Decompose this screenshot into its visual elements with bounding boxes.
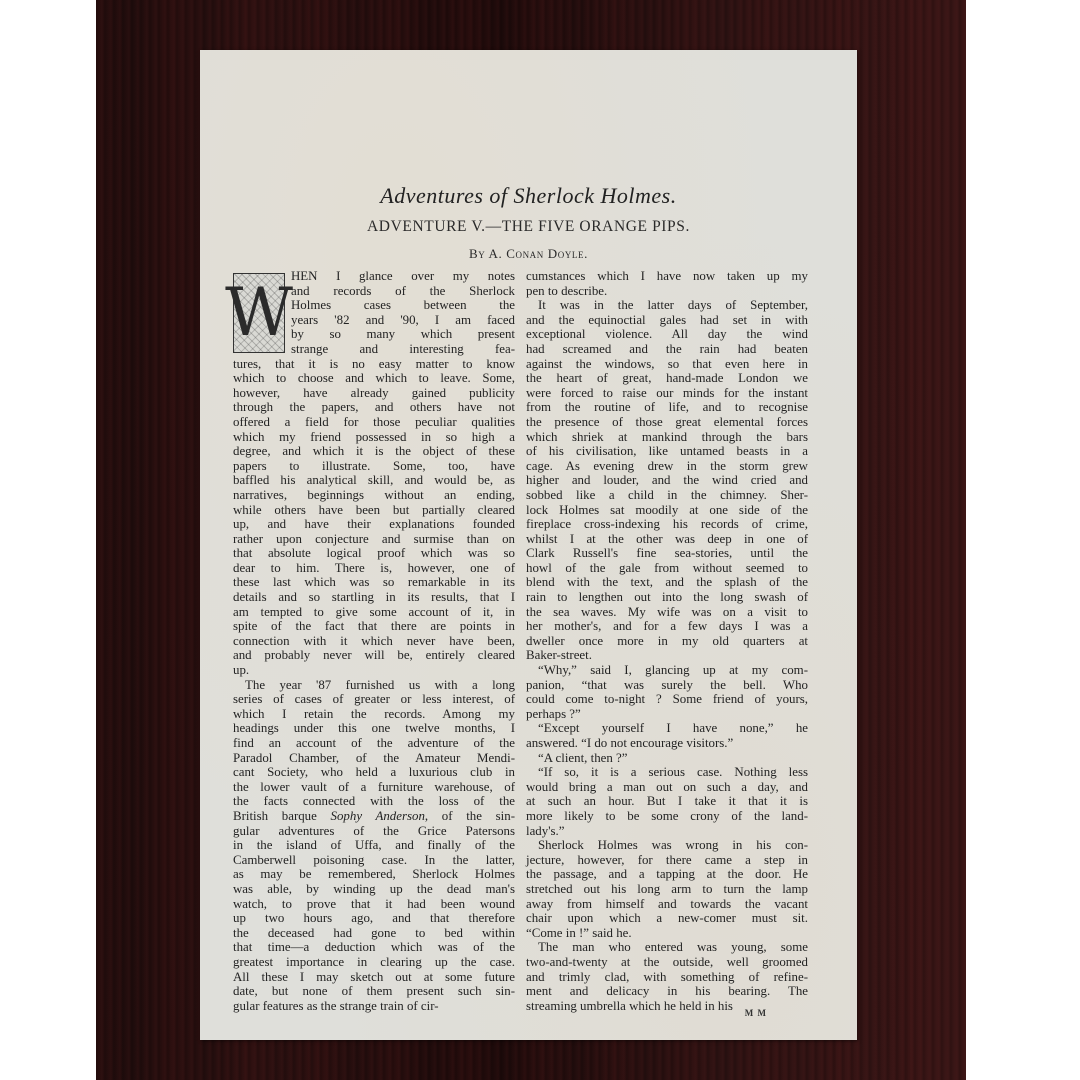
text-line: the lower vault of a furniture warehouse… — [233, 780, 515, 795]
text-line: and trimly clad, with something of refin… — [526, 970, 808, 985]
text-line: fireplace cross-indexing his records of … — [526, 517, 808, 532]
text-line: that time—a deduction which was of the — [233, 940, 515, 955]
text-line: All these I may sketch out at some futur… — [233, 970, 515, 985]
text-line: “Except yourself I have none,” he — [526, 721, 808, 736]
text-line: cage. As evening drew in the storm grew — [526, 459, 808, 474]
text-line: exceptional violence. All day the wind — [526, 327, 808, 342]
text-line: the passage, and a tapping at the door. … — [526, 867, 808, 882]
text-line: “Why,” said I, glancing up at my com- — [526, 663, 808, 678]
text-line: blend with the text, and the splash of t… — [526, 575, 808, 590]
text-line: lock Holmes sat moodily at one side of t… — [526, 503, 808, 518]
text-line: chair upon which a new-comer must sit. — [526, 911, 808, 926]
text-line: while others have been but partially cle… — [233, 503, 515, 518]
text-line: her mother's, and for a few days I was a — [526, 619, 808, 634]
text-line: had screamed and the rain had beaten — [526, 342, 808, 357]
text-line: which I retain the records. Among my — [233, 707, 515, 722]
text-line: perhaps ?” — [526, 707, 808, 722]
text-line: narratives, beginnings without an ending… — [233, 488, 515, 503]
text-line: the sea waves. My wife was on a visit to — [526, 605, 808, 620]
text-line: of his civilisation, like untamed beasts… — [526, 444, 808, 459]
text-line: The year '87 furnished us with a long — [233, 678, 515, 693]
text-line: Clark Russell's fine sea-stories, until … — [526, 546, 808, 561]
text-line: were forced to raise our minds for the i… — [526, 386, 808, 401]
text-line: and probably never will be, entirely cle… — [233, 648, 515, 663]
text-line: “A client, then ?” — [526, 751, 808, 766]
text-line: panion, “that was surely the bell. Who — [526, 678, 808, 693]
text-line: degree, and which it is the object of th… — [233, 444, 515, 459]
text-line: jecture, however, for there came a step … — [526, 853, 808, 868]
text-line: at such an hour. But I take it that it i… — [526, 794, 808, 809]
text-line: two-and-twenty at the outside, well groo… — [526, 955, 808, 970]
text-line: cumstances which I have now taken up my — [526, 269, 808, 284]
text-line: that absolute logical proof which was so — [233, 546, 515, 561]
text-line: which shriek at mankind through the bars — [526, 430, 808, 445]
text-line: “If so, it is a serious case. Nothing le… — [526, 765, 808, 780]
text-line: cant Society, who held a luxurious club … — [233, 765, 515, 780]
text-line: details and so startling in its results,… — [233, 590, 515, 605]
text-line: Baker-street. — [526, 648, 808, 663]
text-line: in the island of Uffa, and finally of th… — [233, 838, 515, 853]
text-line: greatest importance in clearing up the c… — [233, 955, 515, 970]
text-line: from the routine of life, and to recogni… — [526, 400, 808, 415]
text-line: as may be remembered, Sherlock Holmes — [233, 867, 515, 882]
text-line: gular features as the strange train of c… — [233, 999, 515, 1014]
text-line: gular adventures of the Grice Patersons — [233, 824, 515, 839]
text-line: answered. “I do not encourage visitors.” — [526, 736, 808, 751]
text-line: date, but none of them present such sin- — [233, 984, 515, 999]
text-line: against the windows, so that even here i… — [526, 357, 808, 372]
text-line: The man who entered was young, some — [526, 940, 808, 955]
text-line: through the papers, and others have not — [233, 400, 515, 415]
text-line: dweller once more in my old quarters at — [526, 634, 808, 649]
text-line: rain to lengthen out into the long swash… — [526, 590, 808, 605]
text-line: would bring a man out on such a day, and — [526, 780, 808, 795]
text-line: which to choose and which to leave. Some… — [233, 371, 515, 386]
text-line: and the equinoctial gales had set in wit… — [526, 313, 808, 328]
text-line: ment and delicacy in his bearing. The — [526, 984, 808, 999]
text-line: was able, by winding up the dead man's — [233, 882, 515, 897]
text-line: more likely to be some crony of the land… — [526, 809, 808, 824]
ornamental-drop-cap: W — [233, 273, 285, 353]
text-line: papers to illustrate. Some, too, have — [233, 459, 515, 474]
text-line: offered a field for those peculiar quali… — [233, 415, 515, 430]
text-line: dear to him. There is, however, one of — [233, 561, 515, 576]
text-line: Camberwell poisoning case. In the latter… — [233, 853, 515, 868]
text-line: up, and have their explanations founded — [233, 517, 515, 532]
text-line: rather upon conjecture and surmise than … — [233, 532, 515, 547]
author-byline: By A. Conan Doyle. — [200, 246, 857, 262]
text-line: baffled his analytical skill, and would … — [233, 473, 515, 488]
text-line: up two hours ago, and that therefore — [233, 911, 515, 926]
text-line: whilst I at the other was deep in one of — [526, 532, 808, 547]
text-line: Sherlock Holmes was wrong in his con- — [526, 838, 808, 853]
printed-page: Adventures of Sherlock Holmes. ADVENTURE… — [200, 50, 857, 1040]
text-line: away from himself and towards the vacant — [526, 897, 808, 912]
text-line: the presence of those great elemental fo… — [526, 415, 808, 430]
right-text-column: cumstances which I have now taken up myp… — [526, 269, 808, 1013]
text-line: It was in the latter days of September, — [526, 298, 808, 313]
text-line: the deceased had gone to bed within — [233, 926, 515, 941]
text-line: British barque Sophy Anderson, of the si… — [233, 809, 515, 824]
text-line: up. — [233, 663, 515, 678]
text-line: lady's.” — [526, 824, 808, 839]
text-line: howl of the gale from without seemed to — [526, 561, 808, 576]
adventure-title: ADVENTURE V.—THE FIVE ORANGE PIPS. — [200, 218, 857, 236]
text-line: find an account of the adventure of the — [233, 736, 515, 751]
text-line: am tempted to give some account of it, i… — [233, 605, 515, 620]
text-line: headings under this one twelve months, I — [233, 721, 515, 736]
text-line: higher and louder, and the wind cried an… — [526, 473, 808, 488]
text-line: could come to-night ? Some friend of you… — [526, 692, 808, 707]
text-line: connection with it which never have been… — [233, 634, 515, 649]
text-line: sobbed like a child in the chimney. Sher… — [526, 488, 808, 503]
left-text-column: W HEN I glance over my notesand records … — [233, 269, 515, 1013]
text-line: spite of the fact that there are points … — [233, 619, 515, 634]
text-line: Paradol Chamber, of the Amateur Mendi- — [233, 751, 515, 766]
series-title: Adventures of Sherlock Holmes. — [200, 183, 857, 209]
text-line: the heart of great, hand-made London we — [526, 371, 808, 386]
text-line: pen to describe. — [526, 284, 808, 299]
text-line: the facts connected with the loss of the — [233, 794, 515, 809]
text-line: series of cases of greater or less inter… — [233, 692, 515, 707]
text-line: these last which was so remarkable in it… — [233, 575, 515, 590]
text-line: stretched out his long arm to turn the l… — [526, 882, 808, 897]
text-line: which my friend possessed in so high a — [233, 430, 515, 445]
printer-signature-mark: M M — [745, 1008, 767, 1018]
text-line: tures, that it is no easy matter to know — [233, 357, 515, 372]
text-line: however, have already gained publicity — [233, 386, 515, 401]
text-line: watch, to prove that it had been wound — [233, 897, 515, 912]
text-line: “Come in !” said he. — [526, 926, 808, 941]
